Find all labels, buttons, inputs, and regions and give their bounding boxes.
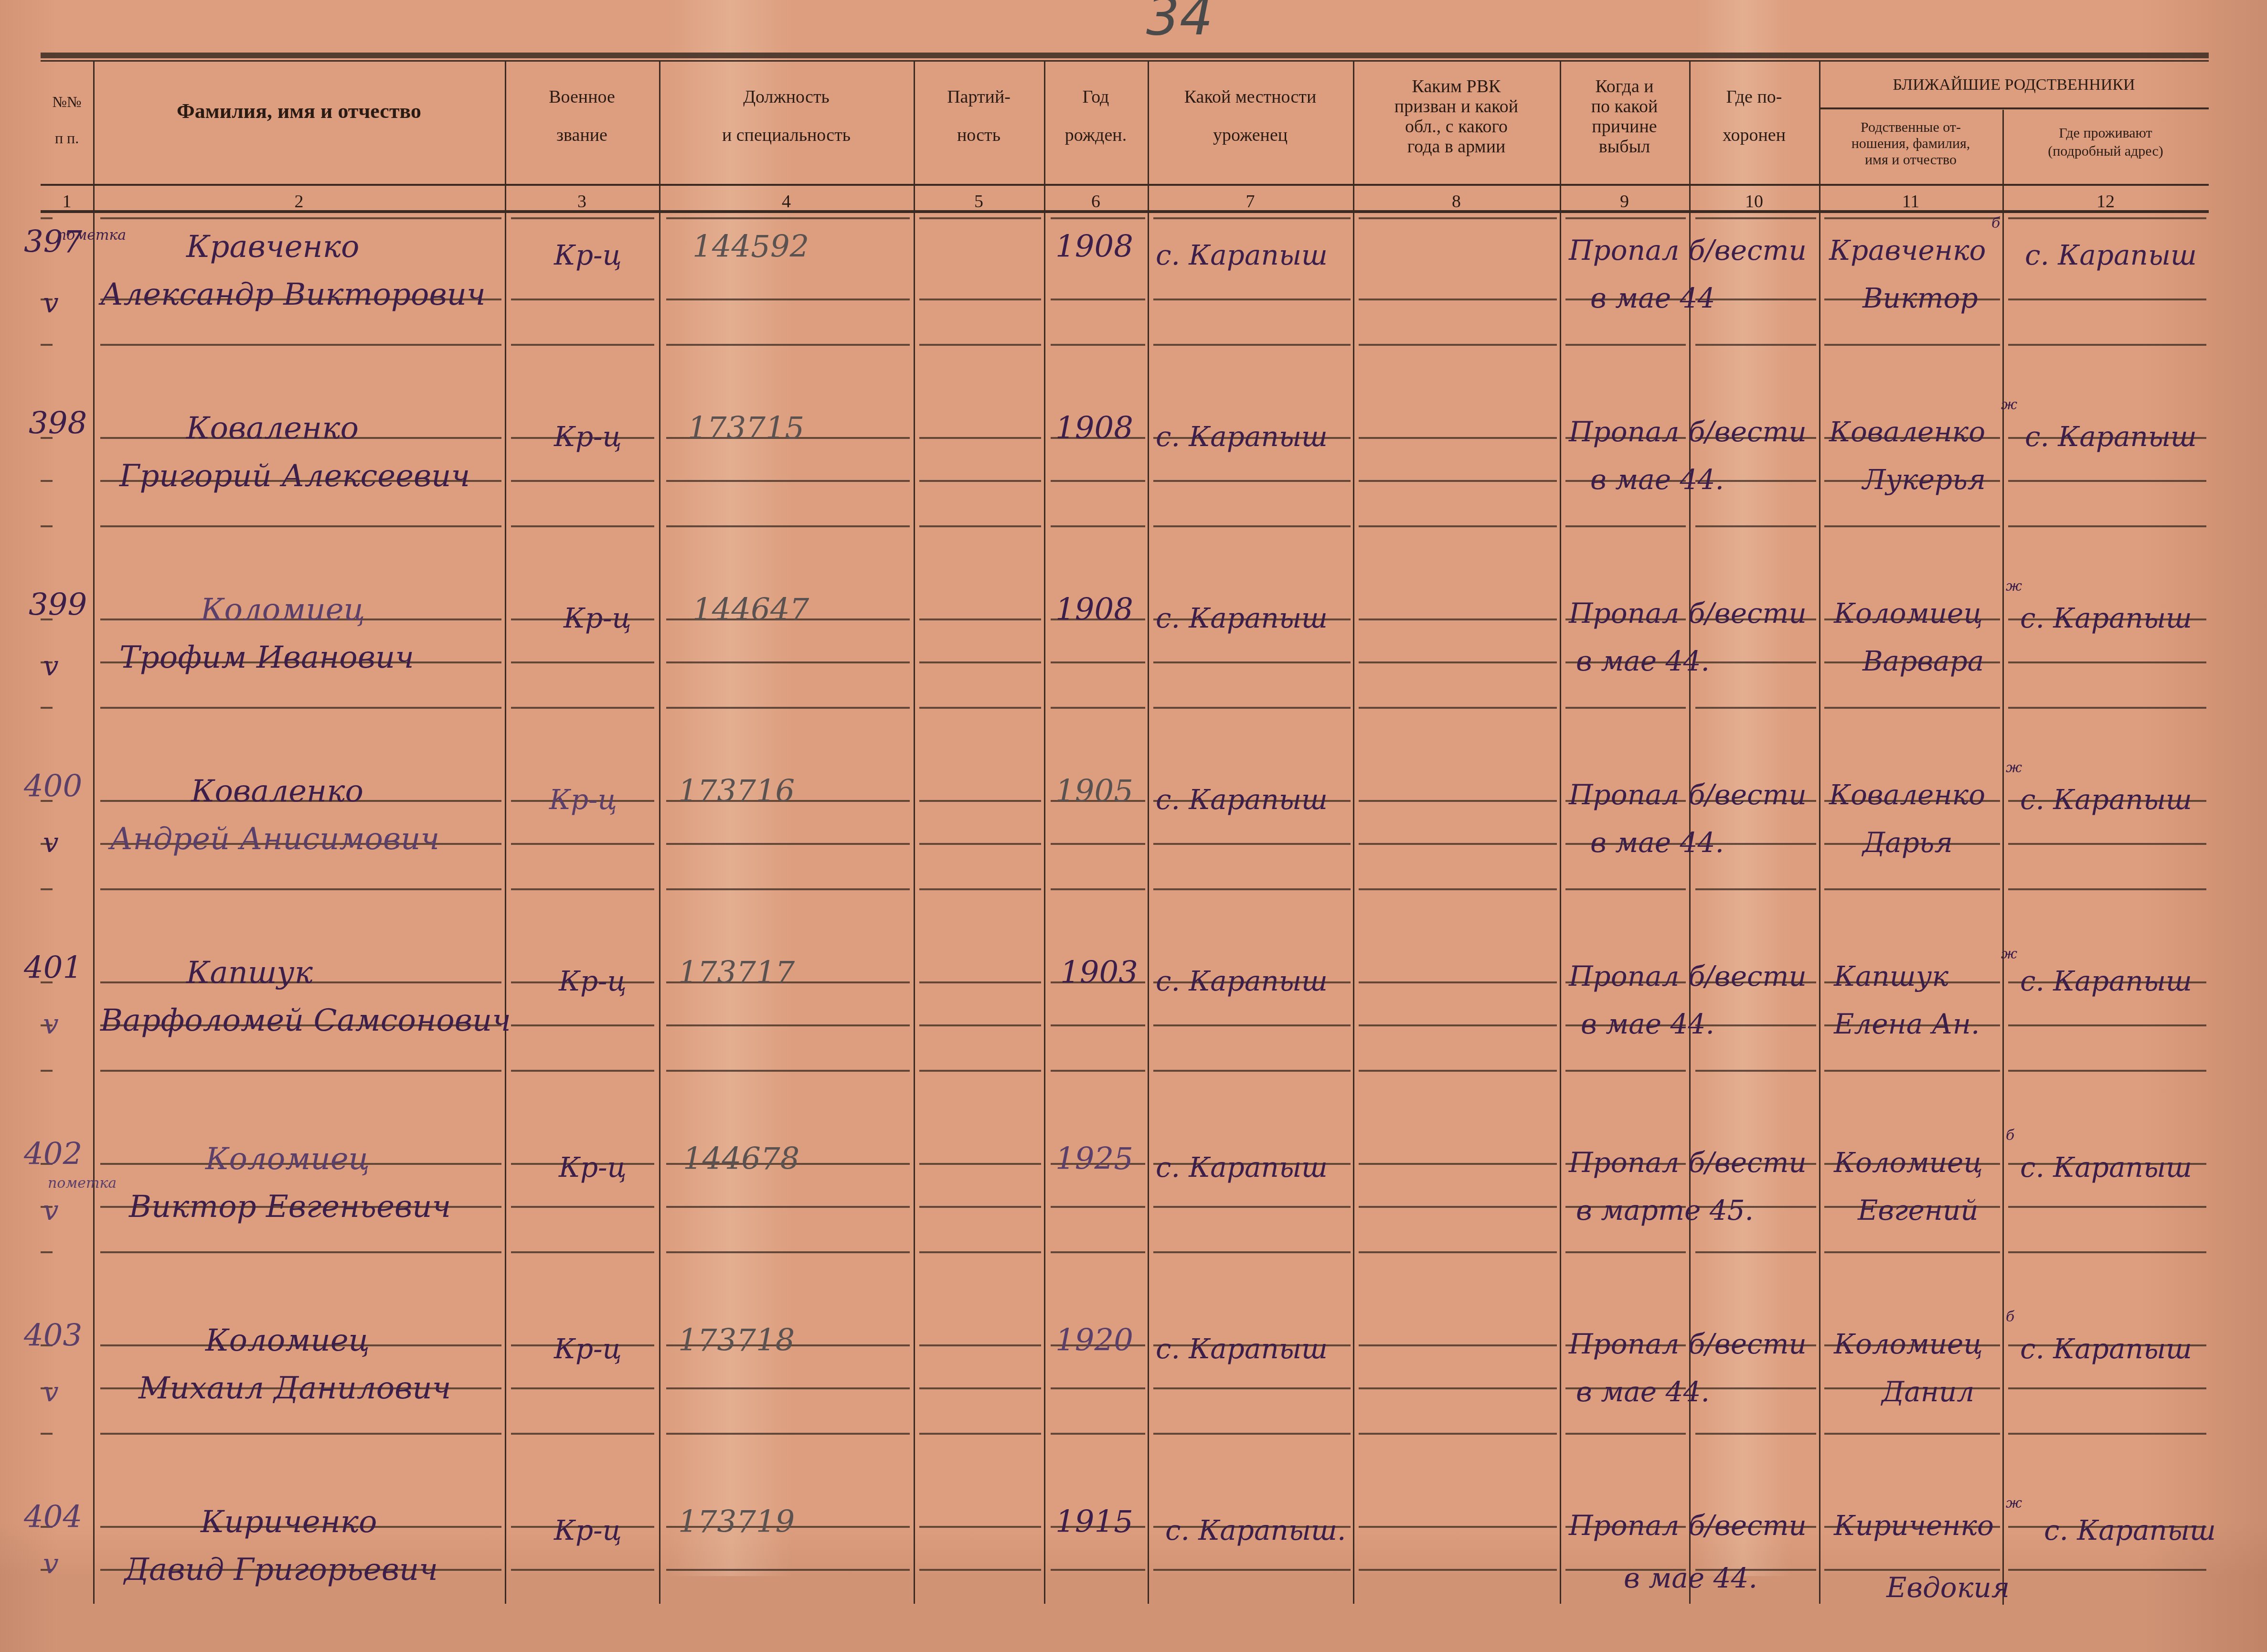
header-col-4: Должность и специальность xyxy=(659,86,914,146)
row-rule xyxy=(1695,661,1816,663)
row-rule xyxy=(1359,1024,1557,1026)
header-text: Партий- xyxy=(947,86,1011,108)
row-rule xyxy=(1695,344,1816,346)
column-number: 10 xyxy=(1689,191,1819,212)
row-rule xyxy=(511,888,654,890)
row-rule xyxy=(2008,843,2206,845)
header-text: обл., с какого xyxy=(1405,117,1508,137)
header-col-5: Партий- ность xyxy=(914,86,1044,146)
birthplace: с. Карапыш xyxy=(1156,1151,1328,1183)
row-rule xyxy=(919,800,1041,802)
row-rule xyxy=(1359,618,1557,620)
birth-year: 1915 xyxy=(1055,1504,1133,1540)
row-rule xyxy=(1695,217,1816,219)
header-text: №№ xyxy=(52,91,81,113)
header-text: Где по- xyxy=(1726,86,1782,108)
birthplace: с. Карапыш xyxy=(1156,1332,1328,1365)
row-rule xyxy=(666,525,910,527)
row-rule xyxy=(1695,1070,1816,1072)
header-col-3: Военное звание xyxy=(505,86,659,146)
relative-name: Дарья xyxy=(1863,826,1953,859)
relative-name: Виктор xyxy=(1863,282,1978,314)
relative-mark: ж xyxy=(2001,946,2017,962)
row-rule xyxy=(919,1251,1041,1253)
left-date: в мае 44. xyxy=(1590,463,1724,496)
row-rule xyxy=(666,1206,910,1208)
given-names: Давид Григорьевич xyxy=(124,1552,438,1588)
row-rule xyxy=(1359,1206,1557,1208)
header-text: выбыл xyxy=(1599,137,1650,157)
birth-year: 1908 xyxy=(1055,592,1133,628)
relative-name: Евдокия xyxy=(1886,1571,2010,1604)
column-divider xyxy=(505,61,506,1604)
row-rule xyxy=(1051,707,1145,709)
row-rule xyxy=(1153,344,1351,346)
row-rule xyxy=(2008,344,2206,346)
header-col-10: Где по- хоронен xyxy=(1689,86,1819,146)
birthplace: с. Карапыш xyxy=(1156,965,1328,997)
row-rule xyxy=(666,1070,910,1072)
row-rule xyxy=(1565,1433,1686,1435)
row-rule xyxy=(1359,344,1557,346)
row-rule xyxy=(1359,1344,1557,1346)
header-text: Родственные от- xyxy=(1861,119,1961,136)
row-number: 400 xyxy=(24,769,82,804)
row-rule xyxy=(2008,1251,2206,1253)
relative-name: Елена Ан. xyxy=(1834,1008,1980,1040)
row-rule xyxy=(1359,1251,1557,1253)
row-rule xyxy=(41,217,53,219)
row-rule xyxy=(511,298,654,300)
birth-year: 1908 xyxy=(1055,229,1133,265)
row-rule xyxy=(511,707,654,709)
row-rule xyxy=(511,344,654,346)
row-rule xyxy=(1824,888,2000,890)
rank: Кр-ц xyxy=(554,1332,622,1365)
row-rule xyxy=(919,1433,1041,1435)
row-rule xyxy=(919,888,1041,890)
row-rule xyxy=(1695,1433,1816,1435)
relative-address: с. Карапыш xyxy=(2020,1332,2192,1365)
row-rule xyxy=(2008,480,2206,482)
relative-address: с. Карапыш xyxy=(2020,1151,2192,1183)
birth-year: 1903 xyxy=(1060,955,1138,991)
header-text: Когда и xyxy=(1595,76,1653,96)
row-rule xyxy=(1565,888,1686,890)
row-rule xyxy=(511,480,654,482)
row-rule xyxy=(511,661,654,663)
row-rule xyxy=(1359,437,1557,439)
row-rule xyxy=(919,1024,1041,1026)
relative-mark: ж xyxy=(2001,396,2017,413)
left-reason: Пропал б/вести xyxy=(1569,1146,1807,1179)
row-rule xyxy=(2008,707,2206,709)
row-rule xyxy=(1153,1070,1351,1072)
row-check: v xyxy=(43,650,59,682)
row-rule xyxy=(919,1569,1041,1571)
row-rule xyxy=(666,1433,910,1435)
column-number: 2 xyxy=(93,191,505,212)
row-rule xyxy=(919,981,1041,983)
surname: Коломиец xyxy=(205,1323,370,1358)
header-col-8: Каким РВК призван и какой обл., с какого… xyxy=(1353,76,1560,157)
row-rule xyxy=(1824,1433,2000,1435)
row-rule xyxy=(1565,525,1686,527)
row-rule xyxy=(1359,1569,1557,1571)
row-rule xyxy=(666,661,910,663)
row-rule xyxy=(666,1024,910,1026)
row-rule xyxy=(100,344,501,346)
row-rule xyxy=(1359,981,1557,983)
relative-mark: ж xyxy=(2006,759,2022,776)
rank: Кр-ц xyxy=(564,602,631,634)
row-rule xyxy=(1051,1206,1145,1208)
row-rule xyxy=(1824,217,2000,219)
relative-surname: Коломиец xyxy=(1834,1146,1983,1179)
row-rule xyxy=(2008,661,2206,663)
row-rule xyxy=(100,1070,501,1072)
column-number: 8 xyxy=(1353,191,1560,212)
left-date: в мае 44. xyxy=(1624,1562,1757,1594)
row-rule xyxy=(919,707,1041,709)
birthplace: с. Карапыш xyxy=(1156,602,1328,634)
position-number: 173717 xyxy=(678,955,795,991)
row-rule xyxy=(1359,707,1557,709)
row-rule xyxy=(2008,1569,2206,1571)
position-number: 173718 xyxy=(678,1323,795,1358)
row-rule xyxy=(1359,1526,1557,1528)
row-rule xyxy=(1695,888,1816,890)
birthplace: с. Карапыш xyxy=(1156,420,1328,453)
row-rule xyxy=(666,843,910,845)
row-rule xyxy=(1359,298,1557,300)
row-check: v xyxy=(43,826,59,859)
row-check: v xyxy=(43,1194,59,1226)
left-date: в мае 44. xyxy=(1581,1008,1714,1040)
row-rule xyxy=(511,1206,654,1208)
left-reason: Пропал б/вести xyxy=(1569,1509,1807,1542)
row-check: v xyxy=(43,1008,59,1040)
position-number: 144647 xyxy=(692,592,809,628)
row-rule xyxy=(919,437,1041,439)
row-rule xyxy=(2008,525,2206,527)
row-rule xyxy=(41,344,53,346)
column-divider xyxy=(914,61,915,1604)
given-names: Александр Викторович xyxy=(100,277,486,312)
row-rule xyxy=(1824,1251,2000,1253)
relative-address: с. Карапыш xyxy=(2020,783,2192,816)
row-rule xyxy=(1153,480,1351,482)
row-rule xyxy=(1565,707,1686,709)
left-date: в мае 44 xyxy=(1590,282,1715,314)
row-rule xyxy=(1051,525,1145,527)
header-text: Где проживают xyxy=(2059,124,2152,142)
row-rule xyxy=(1824,707,2000,709)
birth-year: 1908 xyxy=(1055,411,1133,446)
column-divider xyxy=(2002,110,2004,1605)
relative-surname: Капшук xyxy=(1834,960,1948,992)
row-rule xyxy=(41,888,53,890)
row-rule xyxy=(1359,1070,1557,1072)
left-date: в мае 44. xyxy=(1590,826,1724,859)
row-rule xyxy=(919,1163,1041,1165)
row-rule xyxy=(2008,888,2206,890)
column-number: 9 xyxy=(1560,191,1689,212)
row-rule xyxy=(1153,1251,1351,1253)
row-rule xyxy=(511,1251,654,1253)
left-reason: Пропал б/вести xyxy=(1569,416,1807,448)
row-number: 399 xyxy=(29,587,87,623)
position-number: 173719 xyxy=(678,1504,795,1540)
row-check: v xyxy=(43,1375,59,1408)
row-rule xyxy=(919,344,1041,346)
row-rule xyxy=(100,1433,501,1435)
row-rule xyxy=(1824,525,2000,527)
row-rule xyxy=(1824,1070,2000,1072)
row-rule xyxy=(919,1526,1041,1528)
left-date: в мае 44. xyxy=(1576,645,1710,677)
row-rule xyxy=(1051,1024,1145,1026)
column-divider xyxy=(659,61,660,1604)
header-text: Каким РВК xyxy=(1412,76,1501,96)
row-rule xyxy=(2008,298,2206,300)
row-rule xyxy=(1359,1163,1557,1165)
row-rule xyxy=(41,1070,53,1072)
top-rule xyxy=(41,60,2209,62)
relative-surname: Коваленко xyxy=(1829,416,1985,448)
row-rule xyxy=(1695,1251,1816,1253)
row-check: v xyxy=(43,1547,59,1580)
row-rule xyxy=(1565,217,1686,219)
header-text: хоронен xyxy=(1723,124,1786,146)
header-col-6: Год рожден. xyxy=(1044,86,1148,146)
row-rule xyxy=(100,707,501,709)
relative-mark: б xyxy=(1991,215,2000,232)
rank: Кр-ц xyxy=(559,1151,627,1183)
row-rule xyxy=(1359,217,1557,219)
header-subrule xyxy=(1819,107,2209,109)
given-names: Трофим Иванович xyxy=(119,640,414,675)
header-text: рожден. xyxy=(1065,124,1127,146)
header-text: по какой xyxy=(1591,96,1658,117)
left-date: в марте 45. xyxy=(1576,1194,1754,1226)
row-rule xyxy=(1359,843,1557,845)
row-rule xyxy=(1051,1070,1145,1072)
column-number: 3 xyxy=(505,191,659,212)
relative-name: Евгений xyxy=(1858,1194,1979,1226)
row-rule xyxy=(511,217,654,219)
row-rule xyxy=(1153,525,1351,527)
row-rule xyxy=(919,661,1041,663)
row-rule xyxy=(1565,1070,1686,1072)
column-divider xyxy=(1560,61,1561,1604)
row-rule xyxy=(1153,1024,1351,1026)
birthplace: с. Карапыш. xyxy=(1165,1514,1346,1546)
relative-mark: ж xyxy=(2006,578,2022,595)
header-text: призван и какой xyxy=(1394,96,1518,117)
relative-name: Данил xyxy=(1882,1375,1974,1408)
given-names: Михаил Данилович xyxy=(138,1371,451,1406)
left-reason: Пропал б/вести xyxy=(1569,960,1807,992)
row-rule xyxy=(1051,661,1145,663)
row-rule xyxy=(1153,661,1351,663)
relative-mark: б xyxy=(2006,1127,2014,1144)
row-rule xyxy=(1051,888,1145,890)
relative-surname: Кравченко xyxy=(1829,234,1986,266)
row-rule xyxy=(1153,1206,1351,1208)
column-number: 1 xyxy=(41,191,93,212)
row-rule xyxy=(666,344,910,346)
row-rule xyxy=(919,298,1041,300)
row-rule xyxy=(1051,1251,1145,1253)
row-rule xyxy=(1153,298,1351,300)
relative-surname: Коломиец xyxy=(1834,1328,1983,1360)
row-rule xyxy=(919,480,1041,482)
row-rule xyxy=(41,1433,53,1435)
relative-surname: Коваленко xyxy=(1829,778,1985,811)
header-col-2: Фамилия, имя и отчество xyxy=(93,100,505,122)
header-text: Должность xyxy=(743,86,830,108)
header-text: (подробный адрес) xyxy=(2048,142,2163,160)
row-number: 404 xyxy=(24,1500,82,1535)
header-col-1: №№ п п. xyxy=(41,91,93,149)
rank: Кр-ц xyxy=(559,965,627,997)
row-rule xyxy=(511,843,654,845)
row-rule xyxy=(1565,1251,1686,1253)
relative-address: с. Карапыш xyxy=(2020,965,2192,997)
row-rule xyxy=(919,1344,1041,1346)
row-check: v xyxy=(43,287,59,319)
header-col-12: Где проживают (подробный адрес) xyxy=(2002,124,2209,160)
row-rule xyxy=(919,843,1041,845)
relative-address: с. Карапыш xyxy=(2025,239,2197,271)
row-rule xyxy=(100,1251,501,1253)
relative-address: с. Карапыш xyxy=(2025,420,2197,453)
given-names: Андрей Анисимович xyxy=(110,821,439,857)
header-col-9: Когда и по какой причине выбыл xyxy=(1560,76,1689,157)
row-rule xyxy=(1153,1569,1351,1571)
relative-surname: Кириченко xyxy=(1834,1509,1994,1542)
surname: Кириченко xyxy=(201,1504,377,1540)
surname: Коломиец xyxy=(201,592,365,628)
column-number: 11 xyxy=(1819,191,2002,212)
surname: Капшук xyxy=(186,955,313,991)
row-rule xyxy=(41,525,53,527)
birth-year: 1905 xyxy=(1055,774,1133,809)
header-text: Военное xyxy=(549,86,615,108)
row-rule xyxy=(919,1387,1041,1389)
row-rule xyxy=(1051,843,1145,845)
row-rule xyxy=(1153,1433,1351,1435)
column-divider xyxy=(93,61,95,1604)
row-rule xyxy=(511,525,654,527)
relative-address: с. Карапыш xyxy=(2020,602,2192,634)
row-rule xyxy=(1359,888,1557,890)
row-rule xyxy=(919,618,1041,620)
row-number: 398 xyxy=(29,406,87,441)
row-rule xyxy=(666,480,910,482)
header-rule xyxy=(41,184,2209,186)
header-text: звание xyxy=(556,124,607,146)
row-rule xyxy=(1359,480,1557,482)
position-number: 173716 xyxy=(678,774,795,809)
row-rule xyxy=(1153,1387,1351,1389)
row-rule xyxy=(919,1070,1041,1072)
column-divider xyxy=(1353,61,1354,1604)
row-rule xyxy=(666,217,910,219)
relative-name: Варвара xyxy=(1863,645,1984,677)
birth-year: 1925 xyxy=(1055,1141,1133,1177)
row-rule xyxy=(41,1251,53,1253)
header-text: ность xyxy=(957,124,1000,146)
row-rule xyxy=(1359,525,1557,527)
row-rule xyxy=(1153,707,1351,709)
row-rule xyxy=(1359,1387,1557,1389)
row-rule xyxy=(1051,1569,1145,1571)
column-number: 6 xyxy=(1044,191,1148,212)
header-text: п п. xyxy=(55,127,79,149)
left-reason: Пропал б/вести xyxy=(1569,778,1807,811)
header-text: Какой местности xyxy=(1184,86,1317,108)
given-names: Виктор Евгеньевич xyxy=(129,1189,451,1225)
row-rule xyxy=(2008,1024,2206,1026)
position-number: 144592 xyxy=(692,229,809,265)
row-rule xyxy=(1359,661,1557,663)
row-rule xyxy=(511,1387,654,1389)
row-rule xyxy=(1359,1433,1557,1435)
surname: Коваленко xyxy=(191,774,363,809)
row-rule xyxy=(1695,707,1816,709)
row-rule xyxy=(1359,800,1557,802)
birthplace: с. Карапыш xyxy=(1156,783,1328,816)
row-rule xyxy=(41,480,53,482)
header-text: ношения, фамилия, xyxy=(1852,136,1970,152)
surname: Кравченко xyxy=(186,229,360,265)
header-col-11: Родственные от- ношения, фамилия, имя и … xyxy=(1819,119,2002,168)
header-text: причине xyxy=(1592,117,1657,137)
row-rule xyxy=(1051,298,1145,300)
row-rule xyxy=(666,1251,910,1253)
position-number: 144678 xyxy=(683,1141,799,1177)
rank: Кр-ц xyxy=(554,420,622,453)
column-divider xyxy=(1044,61,1045,1604)
row-rule xyxy=(1153,217,1351,219)
relative-surname: Коломиец xyxy=(1834,597,1983,629)
row-note: пометка xyxy=(48,1175,117,1192)
row-rule xyxy=(2008,1070,2206,1072)
header-section-relatives: БЛИЖАЙШИЕ РОДСТВЕННИКИ xyxy=(1819,74,2209,96)
header-text: года в армии xyxy=(1407,137,1506,157)
relative-mark: б xyxy=(2006,1309,2014,1325)
row-rule xyxy=(919,525,1041,527)
row-rule xyxy=(2008,1433,2206,1435)
row-rule xyxy=(511,1569,654,1571)
row-rule xyxy=(666,1569,910,1571)
row-note: пометка xyxy=(57,227,126,244)
rank: Кр-ц xyxy=(549,783,617,816)
row-rule xyxy=(1824,344,2000,346)
row-rule xyxy=(1051,217,1145,219)
header-text: Год xyxy=(1083,86,1109,108)
row-rule xyxy=(2008,1387,2206,1389)
column-number: 7 xyxy=(1148,191,1353,212)
row-rule xyxy=(919,1206,1041,1208)
row-rule xyxy=(1051,344,1145,346)
column-number: 12 xyxy=(2002,191,2209,212)
surname: Коваленко xyxy=(186,411,359,446)
row-rule xyxy=(1051,480,1145,482)
row-rule xyxy=(666,298,910,300)
